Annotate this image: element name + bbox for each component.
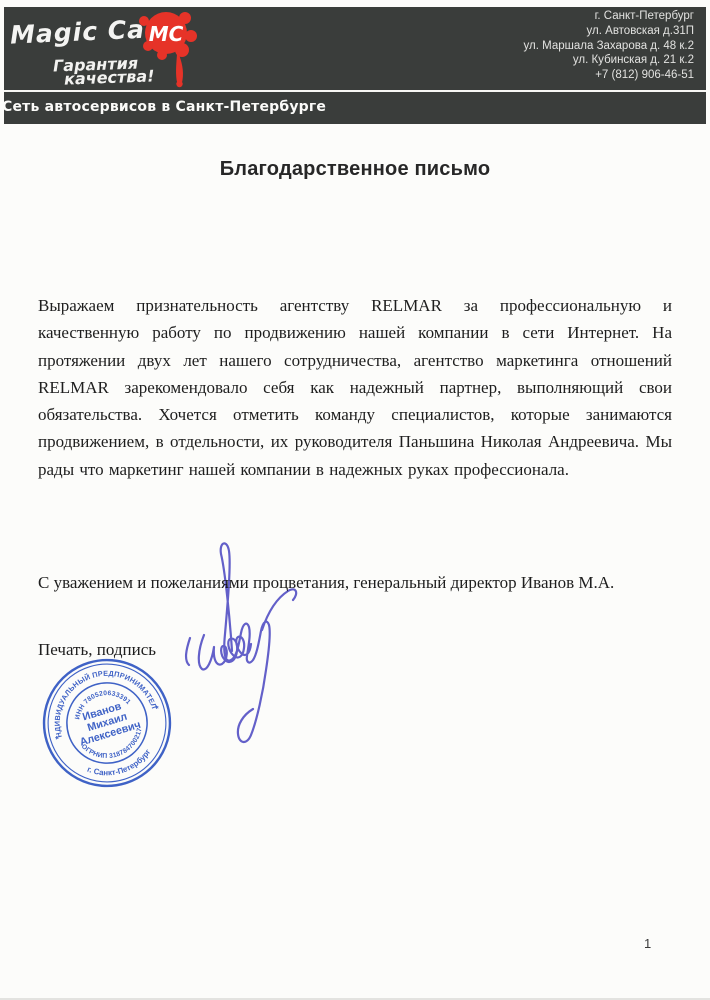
stamp-seal: ИНДИВИДУАЛЬНЫЙ ПРЕДПРИНИМАТЕЛЬ г. Санкт-…: [41, 657, 173, 789]
letterhead-subtitle: Сеть автосервисов в Санкт-Петербурге: [2, 99, 326, 115]
body-line: качественную работу по продвижению нашей…: [38, 319, 672, 346]
closing-line: С уважением и пожеланиями процветания, г…: [38, 573, 672, 593]
address-line: ул. Автовская д.31П: [524, 24, 694, 39]
signature-graphic: [180, 538, 315, 753]
brand-monogram: MC: [149, 22, 184, 46]
body-line: обязательства. Хочется отметить команду …: [38, 401, 672, 428]
stamp-texts: ИНДИВИДУАЛЬНЫЙ ПРЕДПРИНИМАТЕЛЬ г. Санкт-…: [41, 657, 173, 789]
body-line: протяжении двух лет нашего сотрудничеств…: [38, 347, 672, 374]
phone-line: +7 (812) 906-46-51: [524, 68, 694, 83]
body-line: RELMAR зарекомендовало себя как надежный…: [38, 374, 672, 401]
body-line: продвижением, в отдельности, их руководи…: [38, 428, 672, 455]
brand-tagline-line2: качества!: [64, 66, 155, 88]
body-line: рады что маркетинг нашей компании в наде…: [38, 456, 672, 483]
page-number: 1: [644, 936, 651, 951]
address-block: г. Санкт-Петербург ул. Автовская д.31П у…: [524, 9, 694, 83]
address-line: г. Санкт-Петербург: [524, 9, 694, 24]
letter-body: Выражаем признательность агентству RELMA…: [38, 292, 672, 483]
stamp-seal-graphic: ИНДИВИДУАЛЬНЫЙ ПРЕДПРИНИМАТЕЛЬ г. Санкт-…: [41, 657, 173, 789]
address-line: ул. Кубинская д. 21 к.2: [524, 53, 694, 68]
signature-scribble: [180, 538, 315, 753]
letter-title: Благодарственное письмо: [0, 158, 710, 181]
letterhead: Magic Cars MC Гарантия качества!: [4, 7, 706, 124]
stamp-star-right: *: [154, 703, 161, 714]
body-line: Выражаем признательность агентству RELMA…: [38, 292, 672, 319]
signature-path: [186, 543, 296, 742]
address-line: ул. Маршала Захарова д. 48 к.2: [524, 39, 694, 54]
scanned-letter-page: Magic Cars MC Гарантия качества!: [0, 0, 710, 1000]
letterhead-divider: [4, 90, 706, 92]
